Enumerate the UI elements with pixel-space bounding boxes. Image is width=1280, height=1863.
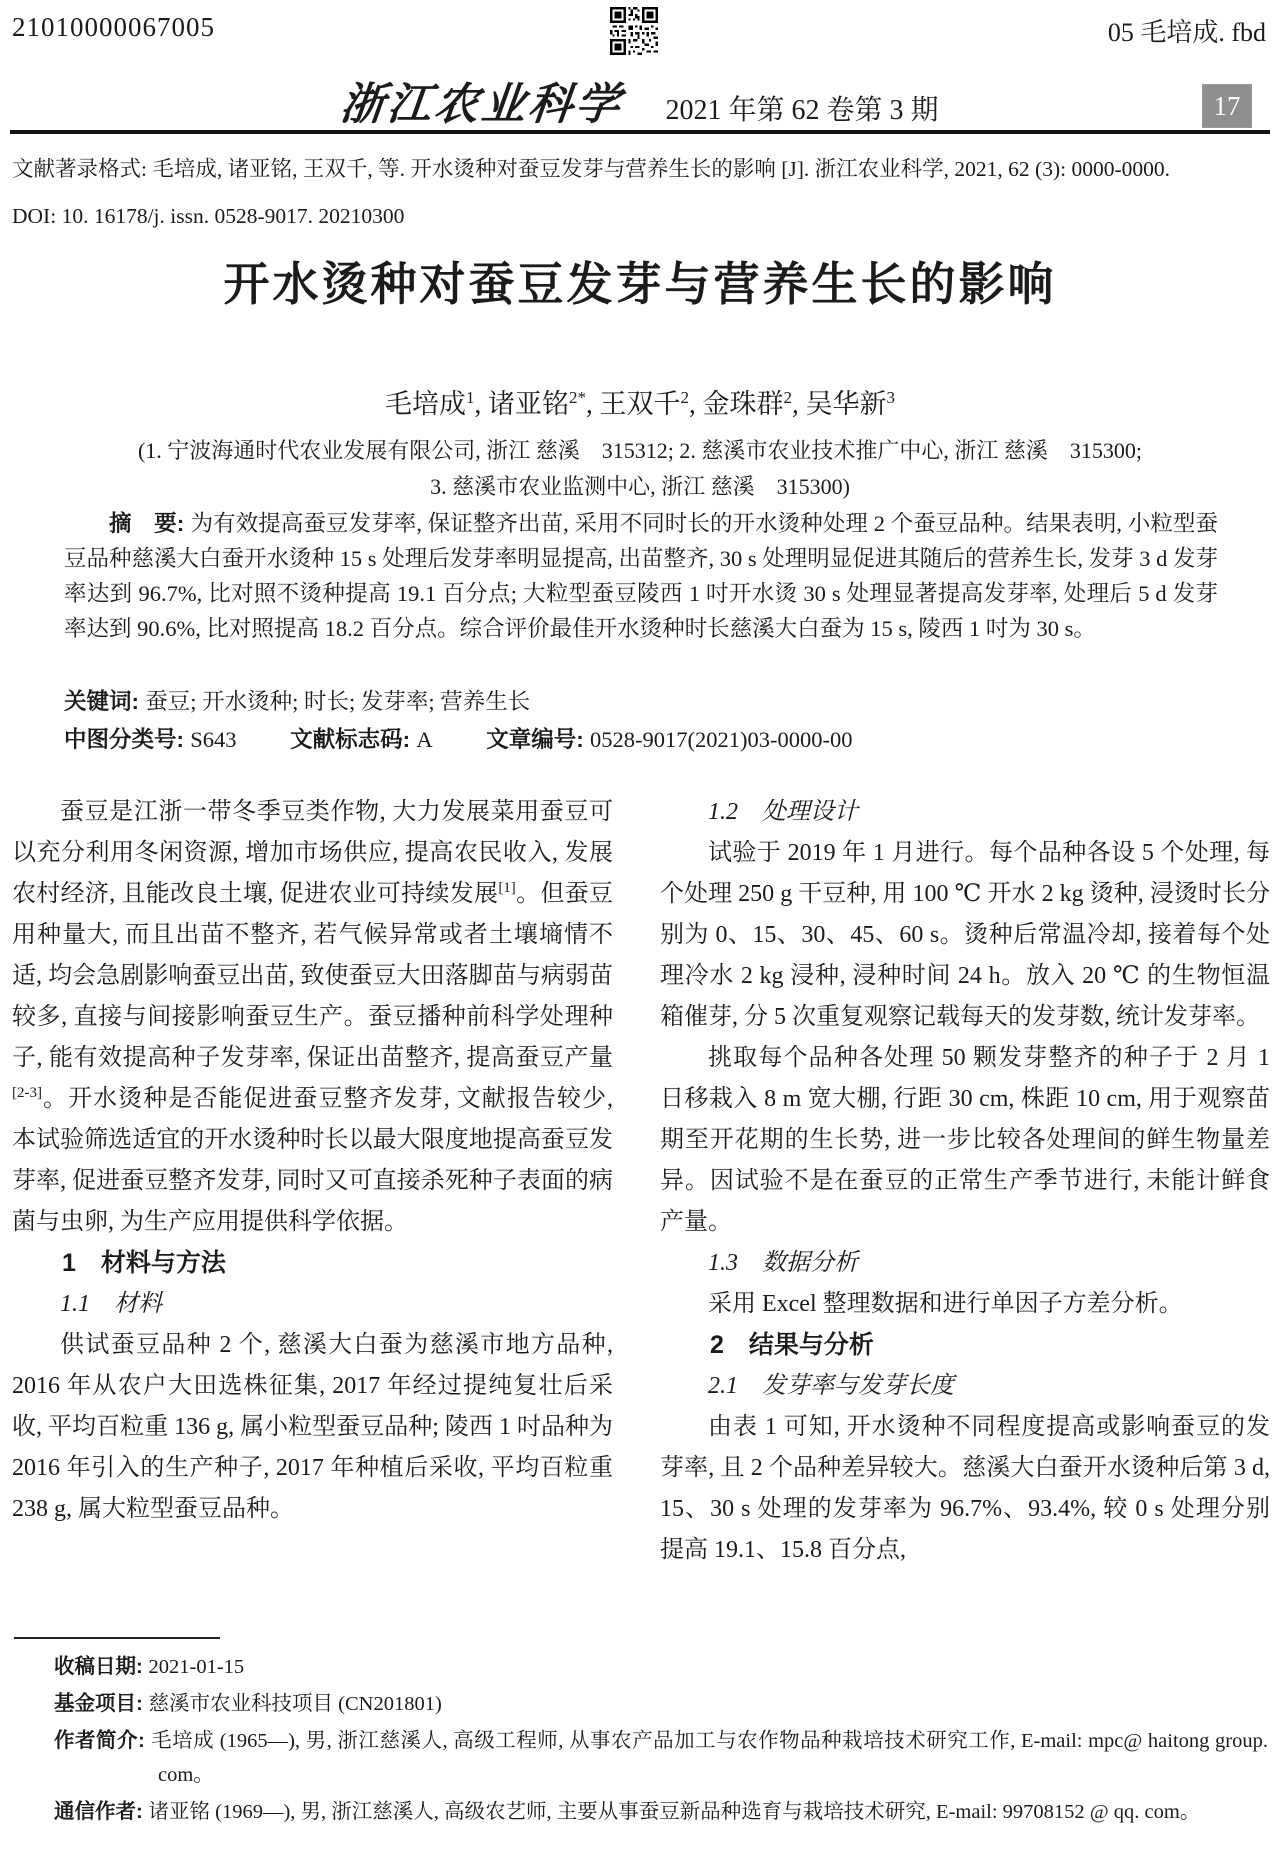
meta-line: 中图分类号: S643 文献标志码: A 文章编号: 0528-9017(202… [64, 722, 1218, 754]
reference-marker: [1] [498, 880, 516, 896]
doi-label: DOI: [12, 204, 62, 228]
author: 吴华新3 [806, 389, 896, 419]
citation-block: 文献著录格式: 毛培成, 诸亚铭, 王双千, 等. 开水烫种对蚕豆发芽与营养生长… [12, 154, 1268, 231]
reference-marker: [2-3] [12, 1085, 42, 1101]
author: 王双千2, [600, 389, 703, 419]
design-paragraph-2: 挑取每个品种各处理 50 颗发芽整齐的种子于 2 月 1 日移栽入 8 m 宽大… [660, 1038, 1270, 1243]
doi-value: 10. 16178/j. issn. 0528-9017. 20210300 [62, 204, 405, 228]
section-2-1-heading: 2.1 发芽率与发芽长度 [660, 1366, 1270, 1407]
author-line: 毛培成1, 诸亚铭2*, 王双千2, 金珠群2, 吴华新3 [0, 382, 1280, 421]
received-date: 收稿日期: 2021-01-15 [54, 1650, 1268, 1684]
journal-masthead: 浙江农业科学2021 年第 62 卷第 3 期 [0, 68, 1280, 132]
citation-text: 毛培成, 诸亚铭, 王双千, 等. 开水烫种对蚕豆发芽与营养生长的影响 [J].… [152, 157, 1170, 181]
keywords-line: 关键词: 蚕豆; 开水烫种; 时长; 发芽率; 营养生长 [64, 684, 1218, 716]
affiliation-line-2: 3. 慈溪市农业监测中心, 浙江 慈溪 315300) [0, 470, 1280, 501]
manuscript-code: 21010000067005 [12, 12, 215, 43]
clc-group: 中图分类号: S643 [64, 722, 237, 754]
citation-line: 文献著录格式: 毛培成, 诸亚铭, 王双千, 等. 开水烫种对蚕豆发芽与营养生长… [12, 154, 1268, 184]
section-1-2-heading: 1.2 处理设计 [660, 792, 1270, 833]
body-column-left: 蚕豆是江浙一带冬季豆类作物, 大力发展菜用蚕豆可以充分利用冬闲资源, 增加市场供… [12, 792, 613, 1530]
fund-project: 基金项目: 慈溪市农业科技项目 (CN201801) [54, 1687, 1268, 1721]
analysis-paragraph: 采用 Excel 整理数据和进行单因子方差分析。 [660, 1284, 1270, 1325]
footnote-separator [14, 1637, 220, 1639]
issue-info: 2021 年第 62 卷第 3 期 [665, 95, 938, 126]
page-number-badge: 17 [1202, 84, 1252, 128]
doc-code-group: 文献标志码: A [290, 722, 433, 754]
abstract-label: 摘 要: [109, 511, 191, 536]
intro-paragraph: 蚕豆是江浙一带冬季豆类作物, 大力发展菜用蚕豆可以充分利用冬闲资源, 增加市场供… [12, 792, 613, 1243]
section-2-heading: 2 结果与分析 [660, 1325, 1270, 1366]
section-1-heading: 1 材料与方法 [12, 1243, 613, 1284]
results-paragraph: 由表 1 可知, 开水烫种不同程度提高或影响蚕豆的发芽率, 且 2 个品种差异较… [660, 1407, 1270, 1571]
qr-code-icon [610, 7, 658, 55]
corresponding-author: 通信作者: 诸亚铭 (1969—), 男, 浙江慈溪人, 高级农艺师, 主要从事… [54, 1795, 1268, 1829]
doi-line: DOI: 10. 16178/j. issn. 0528-9017. 20210… [12, 201, 1268, 231]
affiliation-line-1: (1. 宁波海通时代农业发展有限公司, 浙江 慈溪 315312; 2. 慈溪市… [0, 434, 1280, 465]
citation-label: 文献著录格式: [12, 157, 152, 181]
paper-page: 21010000067005 05 毛培成. [0, 0, 1280, 1863]
article-title: 开水烫种对蚕豆发芽与营养生长的影响 [0, 248, 1280, 314]
author: 诸亚铭2*, [488, 389, 600, 419]
materials-paragraph: 供试蚕豆品种 2 个, 慈溪大白蚕为慈溪市地方品种, 2016 年从农户大田选株… [12, 1325, 613, 1530]
footnote-block: 收稿日期: 2021-01-15 基金项目: 慈溪市农业科技项目 (CN2018… [54, 1650, 1268, 1832]
editor-note: 05 毛培成. fbd [1108, 12, 1266, 49]
keywords-text: 蚕豆; 开水烫种; 时长; 发芽率; 营养生长 [145, 689, 530, 714]
keywords-label: 关键词: [64, 689, 145, 714]
author: 金珠群2, [703, 389, 806, 419]
section-1-3-heading: 1.3 数据分析 [660, 1243, 1270, 1284]
journal-logo: 浙江农业科学 [338, 68, 627, 132]
design-paragraph-1: 试验于 2019 年 1 月进行。每个品种各设 5 个处理, 每个处理 250 … [660, 833, 1270, 1038]
header-rule [10, 130, 1270, 134]
section-1-1-heading: 1.1 材料 [12, 1284, 613, 1325]
author-bio: 作者简介: 毛培成 (1965—), 男, 浙江慈溪人, 高级工程师, 从事农产… [54, 1724, 1268, 1792]
abstract: 摘 要: 为有效提高蚕豆发芽率, 保证整齐出苗, 采用不同时长的开水烫种处理 2… [64, 506, 1218, 646]
abstract-text: 为有效提高蚕豆发芽率, 保证整齐出苗, 采用不同时长的开水烫种处理 2 个蚕豆品… [64, 511, 1218, 641]
article-no-group: 文章编号: 0528-9017(2021)03-0000-00 [486, 722, 852, 754]
body-column-right: 1.2 处理设计 试验于 2019 年 1 月进行。每个品种各设 5 个处理, … [660, 792, 1270, 1571]
author: 毛培成1, [385, 389, 488, 419]
